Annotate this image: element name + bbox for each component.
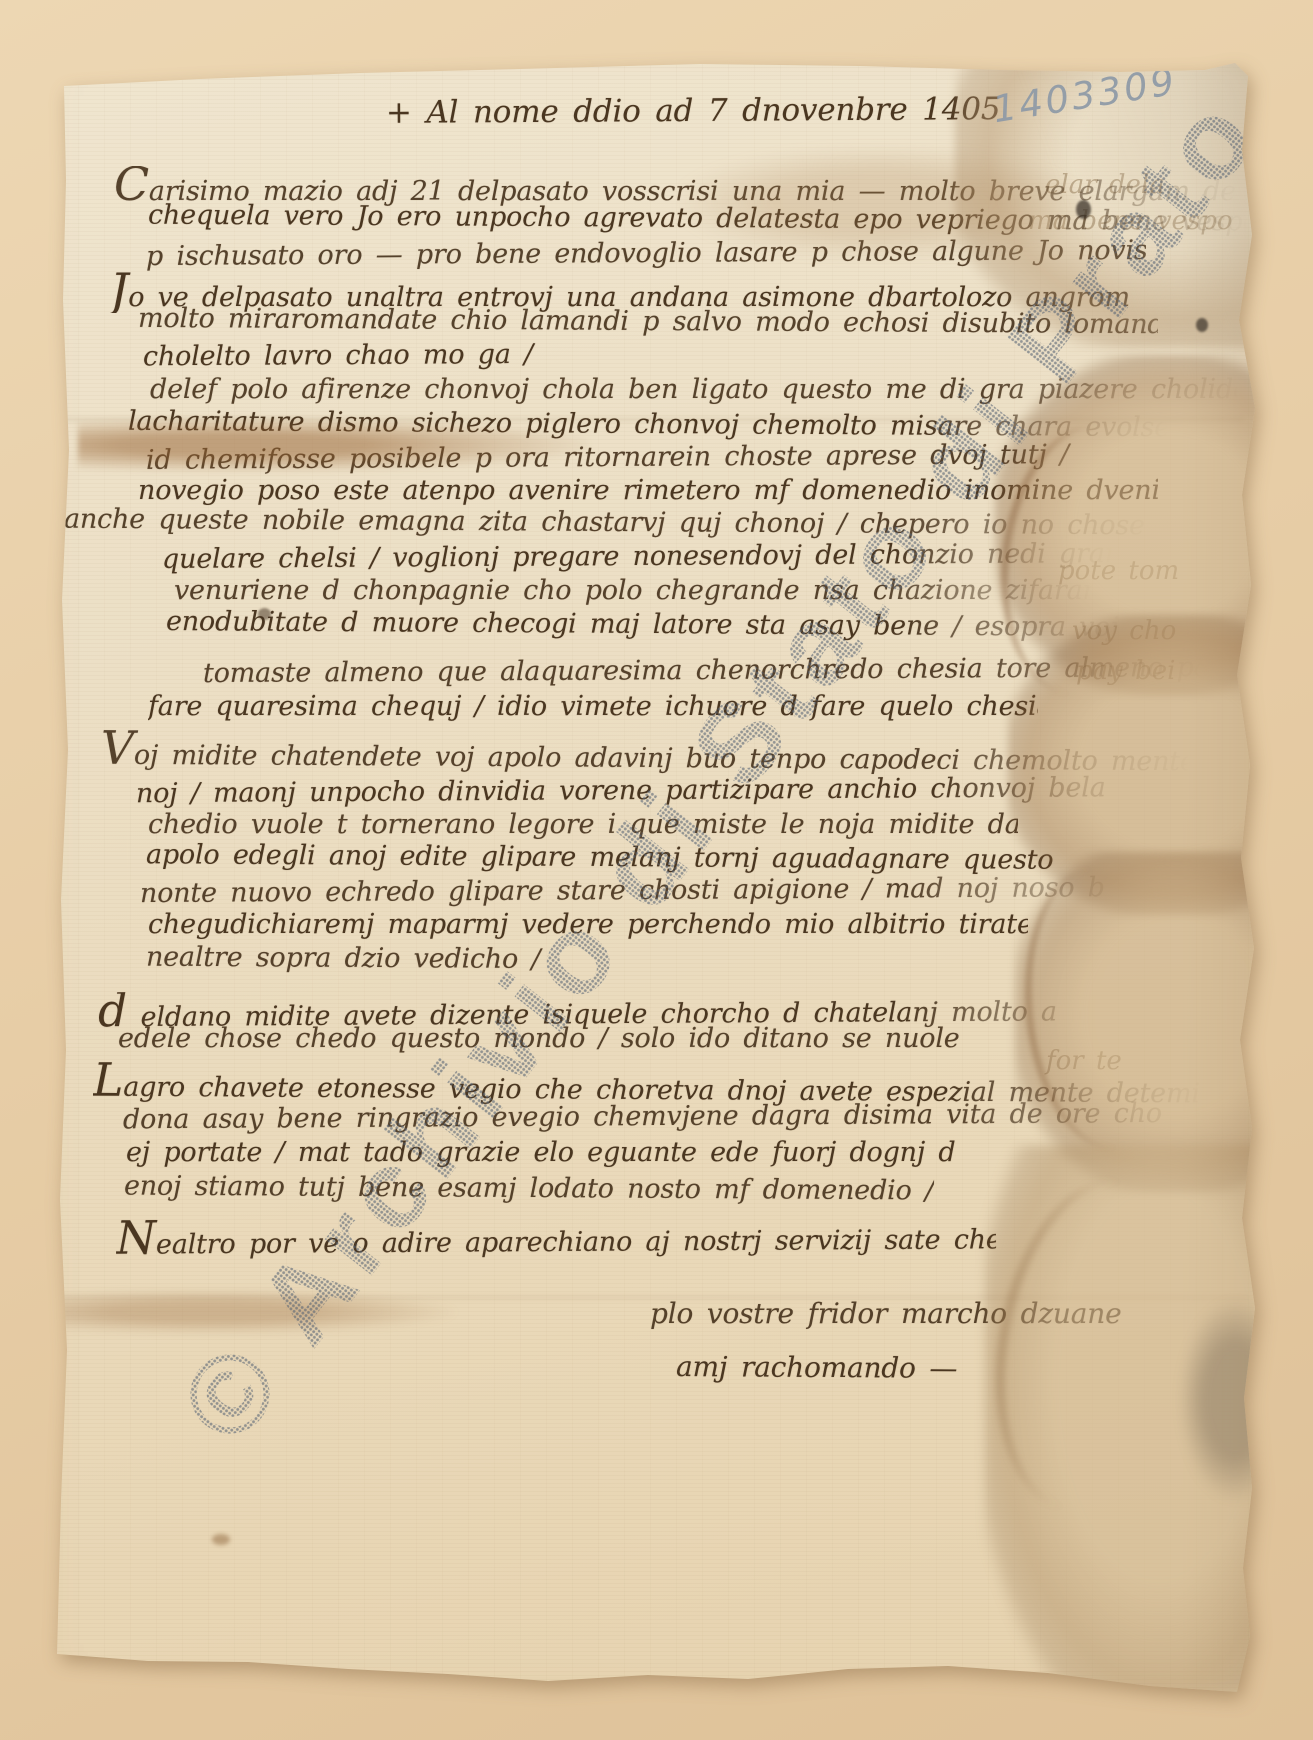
edge-shading <box>1185 60 1255 1690</box>
manuscript-line: dona asay bene ringrazio evegio chemvjen… <box>123 1098 1213 1136</box>
manuscript-line: enodubitate d muore checogi maj latore s… <box>166 606 1136 643</box>
manuscript-line: enoj stiamo tutj bene esamj lodato nosto… <box>124 1171 934 1207</box>
manuscript-line: cholelto lavro chao mo ga / <box>143 339 573 373</box>
heading-line: + Al nome ddio ad 7 dnovenbre 1405 ñvine… <box>386 92 1006 131</box>
manuscript-line: ej portate / mat tado grazie elo eguante… <box>126 1137 956 1168</box>
ink-speck <box>1196 318 1208 332</box>
signature-line: plo vostre fridor marcho dzuane <box>650 1298 1140 1330</box>
tide-mark <box>973 1166 1214 1523</box>
water-stain <box>985 1145 1285 1715</box>
ink-speck <box>212 1534 230 1545</box>
copyright-icon: © <box>155 1317 309 1465</box>
manuscript-paper: + Al nome ddio ad 7 dnovenbre 1405 ñvine… <box>0 0 1313 1740</box>
scan-backdrop: + Al nome ddio ad 7 dnovenbre 1405 ñvine… <box>0 0 1313 1740</box>
paper-shadow: + Al nome ddio ad 7 dnovenbre 1405 ñvine… <box>0 0 1313 1740</box>
manuscript-line: venuriene d chonpagnie cho polo chegrand… <box>174 575 1104 606</box>
manuscript-line: fare quaresima chequj / idio vimete ichu… <box>148 691 1038 722</box>
water-stain <box>1180 1300 1290 1500</box>
signature-line: amj rachomando — <box>676 1351 986 1385</box>
manuscript-line: p ischusato oro — pro bene endovoglio la… <box>146 235 1146 272</box>
